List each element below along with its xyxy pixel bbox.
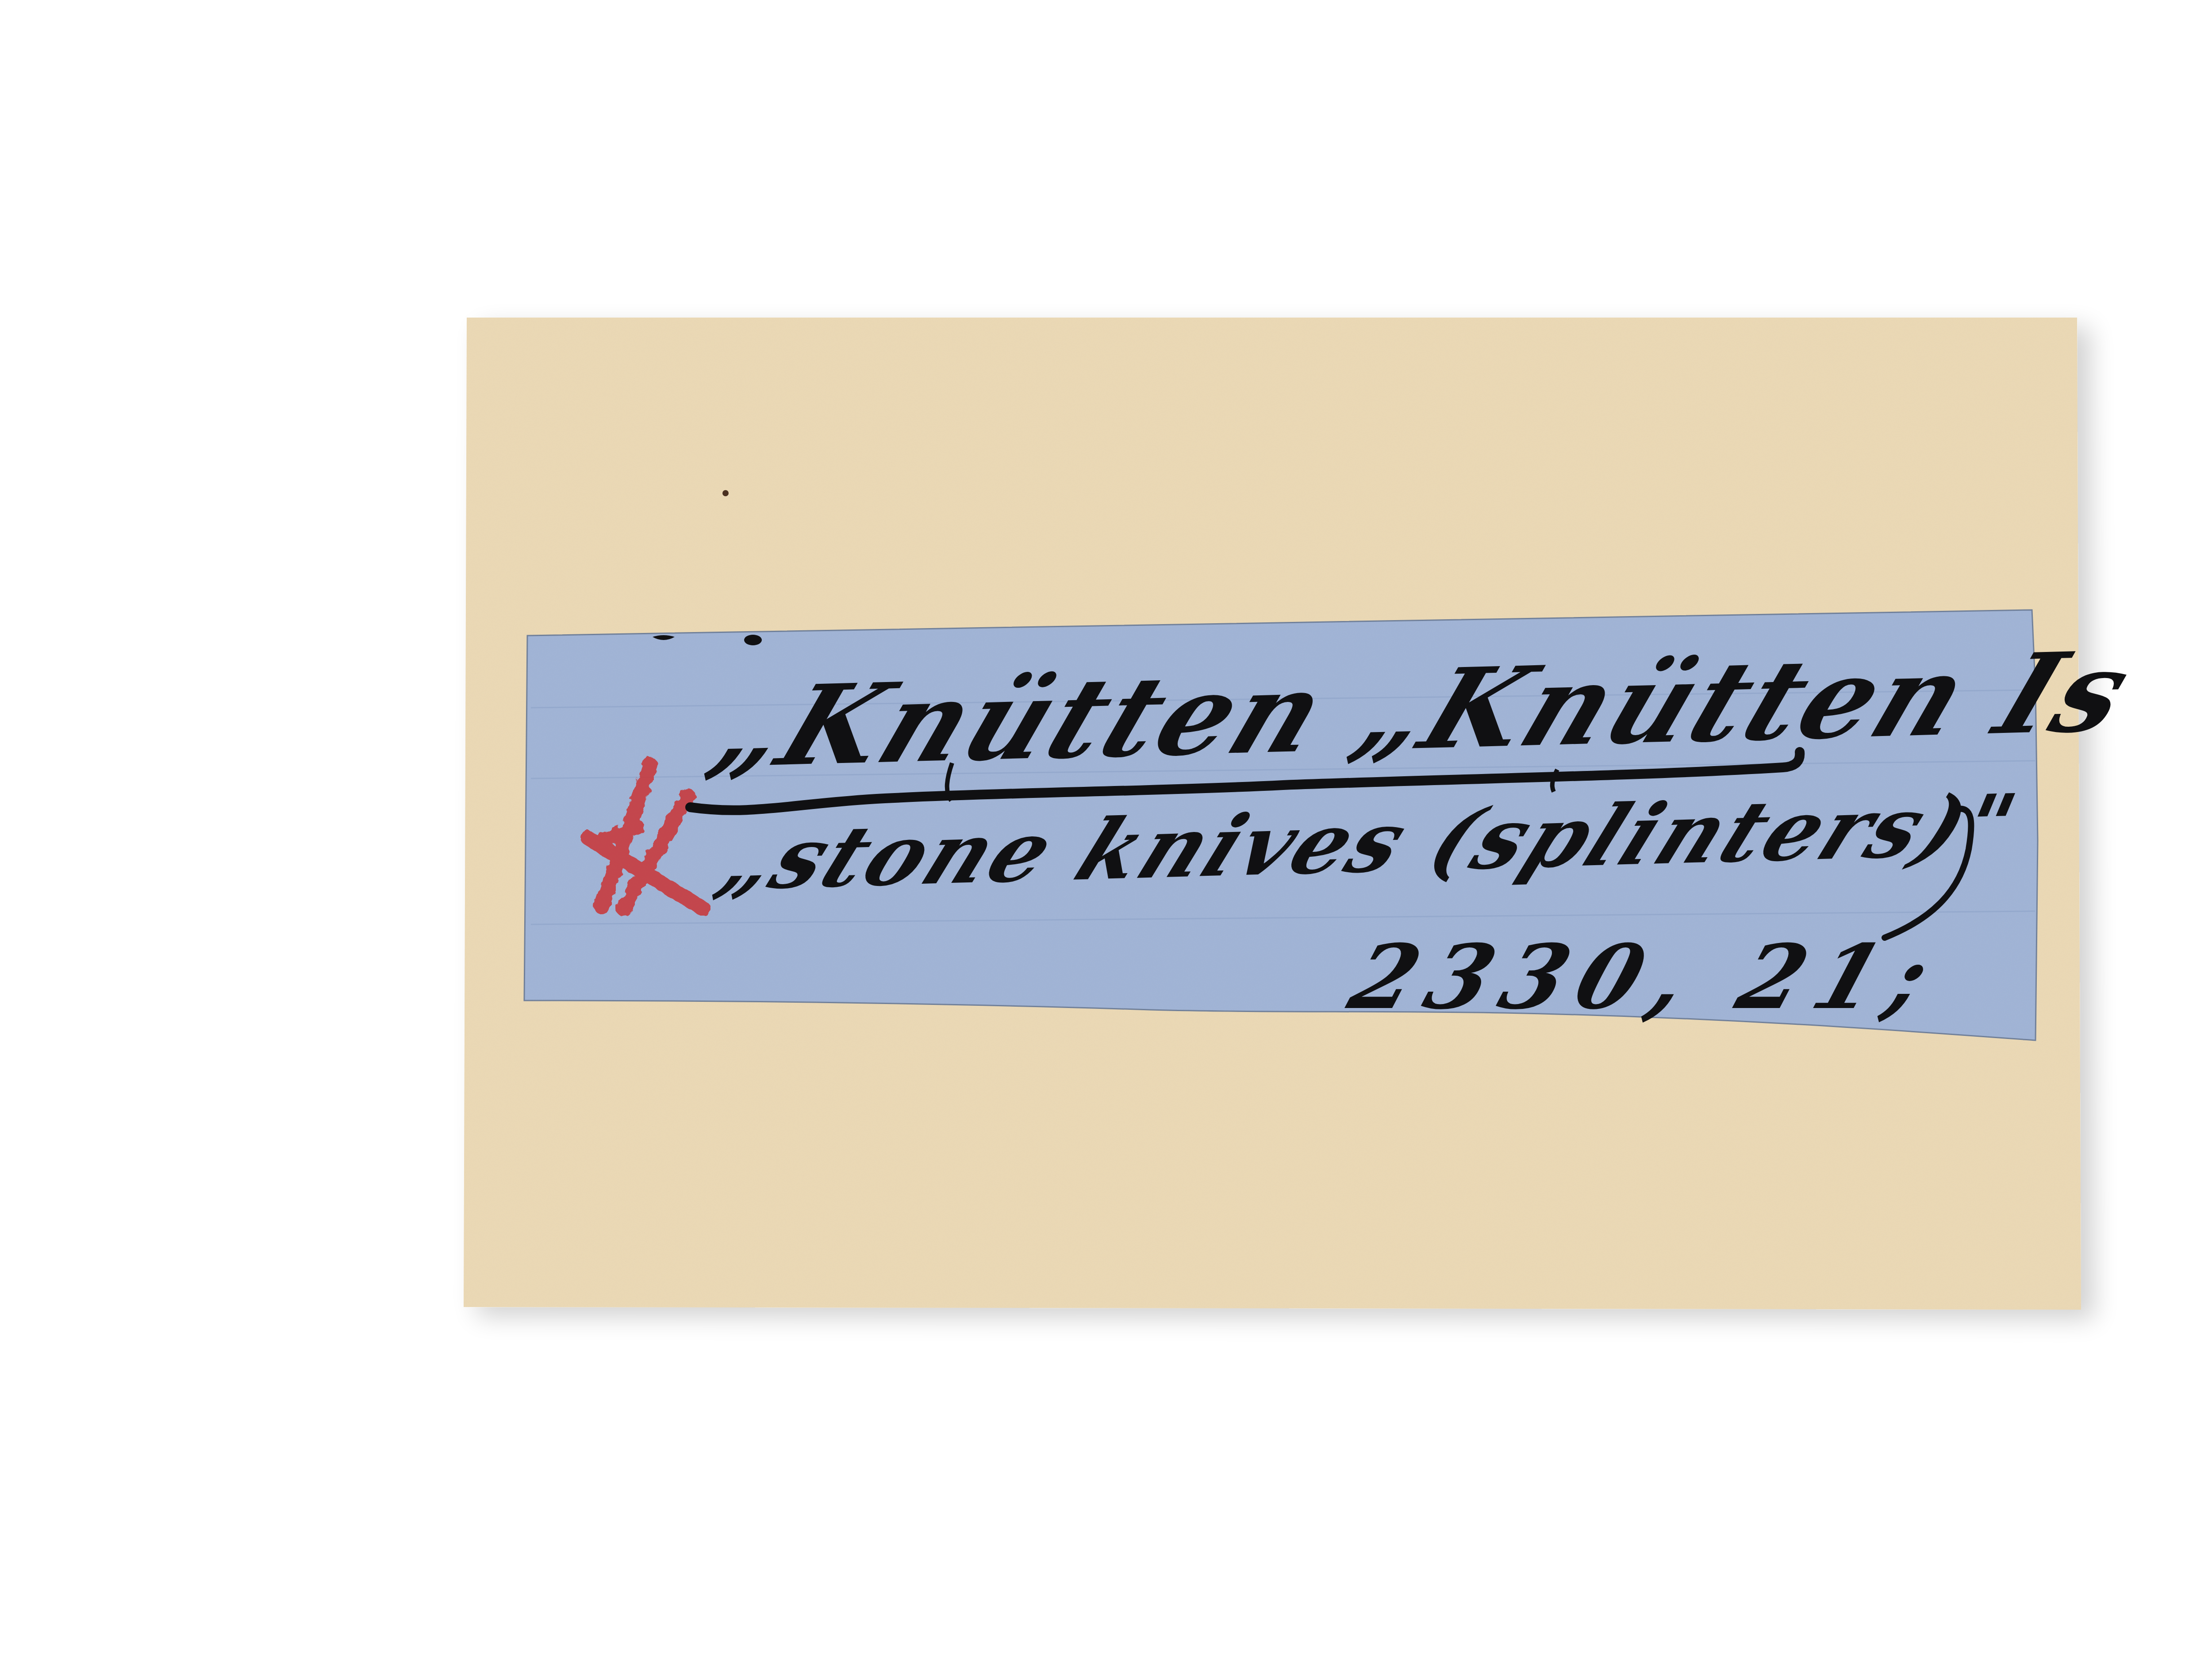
ink-speck: [744, 635, 762, 645]
label-line-3-catalog-number: 2330, 21;: [1340, 933, 1952, 1022]
photo-stage: „Knütten „Knütten Is „stone knives (spli…: [0, 0, 2212, 1656]
card-speck: [722, 490, 729, 496]
